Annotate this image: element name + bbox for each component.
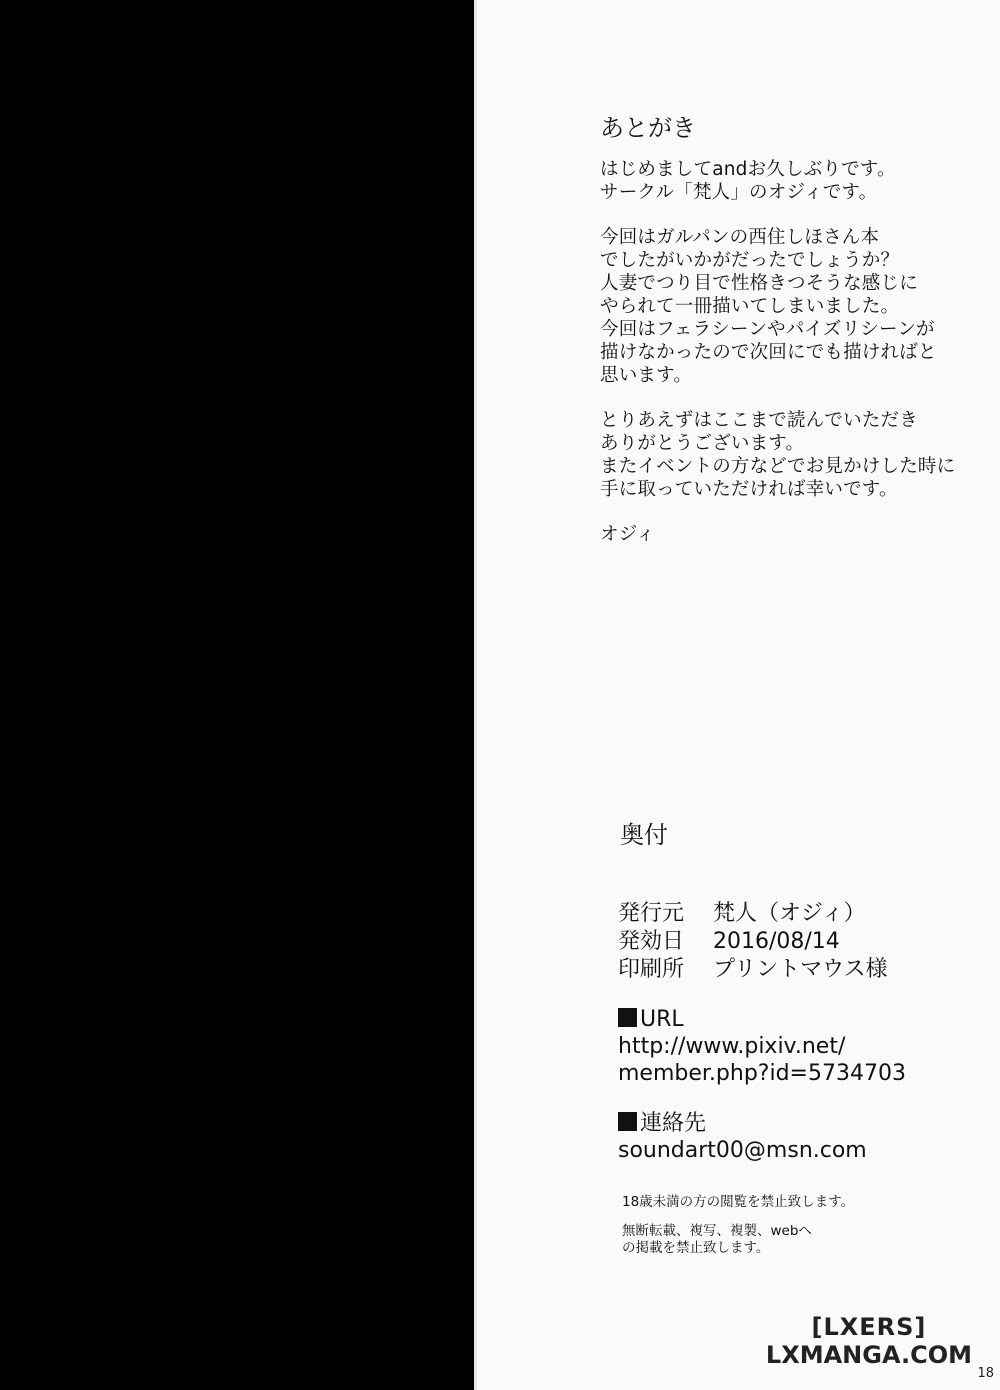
watermark-line-2: LXMANGA.COM [766, 1341, 972, 1369]
afterword-signature: オジィ [600, 523, 955, 546]
url-heading: URL [640, 1007, 684, 1032]
url-line-2: member.php?id=5734703 [618, 1060, 906, 1087]
afterword-paragraph: 今回はガルパンの西住しほさん本 でしたがいかがだったでしょうか？ 人妻でつり目で… [600, 226, 955, 387]
contact-heading: 連絡先 [640, 1111, 706, 1136]
watermark: [LXERS] LXMANGA.COM [766, 1313, 972, 1369]
info-row-publisher: 発行元 梵人（オジィ） [618, 900, 887, 928]
notes-section: 18歳未満の方の閲覧を禁止致します。 無断転載、複写、複製、webへ の掲載を禁… [622, 1194, 854, 1269]
info-key: 発効日 [618, 928, 713, 956]
colophon-title: 奥付 [620, 818, 668, 852]
afterword-section: あとがき はじめましてandお久しぶりです。 サークル「梵人」のオジィです。 今… [600, 112, 955, 568]
afterword-title: あとがき [600, 112, 955, 144]
watermark-line-1: [LXERS] [766, 1313, 972, 1341]
info-row-date: 発効日 2016/08/14 [618, 928, 887, 956]
colophon-info: 発行元 梵人（オジィ） 発効日 2016/08/14 印刷所 プリントマウス様 [618, 900, 887, 984]
info-row-printer: 印刷所 プリントマウス様 [618, 956, 887, 984]
info-value: プリントマウス様 [713, 956, 887, 984]
copyright-notice: 無断転載、複写、複製、webへ の掲載を禁止致します。 [622, 1223, 854, 1257]
contact-section: 連絡先 soundart00@msn.com [618, 1110, 867, 1164]
info-value: 梵人（オジィ） [713, 900, 866, 928]
square-bullet-icon [618, 1112, 637, 1131]
info-key: 印刷所 [618, 956, 713, 984]
square-bullet-icon [618, 1008, 637, 1027]
info-key: 発行元 [618, 900, 713, 928]
url-line-1: http://www.pixiv.net/ [618, 1033, 906, 1060]
page-number: 18 [977, 1366, 994, 1381]
black-panel [0, 0, 474, 1390]
age-notice: 18歳未満の方の閲覧を禁止致します。 [622, 1194, 854, 1211]
info-value: 2016/08/14 [713, 928, 840, 956]
page-edge [474, 0, 477, 1390]
url-section: URL http://www.pixiv.net/ member.php?id=… [618, 1006, 906, 1087]
colophon-section: 奥付 [620, 818, 668, 852]
afterword-paragraph: はじめましてandお久しぶりです。 サークル「梵人」のオジィです。 [600, 158, 955, 204]
afterword-paragraph: とりあえずはここまで読んでいただき ありがとうございます。 またイベントの方など… [600, 409, 955, 501]
contact-email: soundart00@msn.com [618, 1137, 867, 1164]
